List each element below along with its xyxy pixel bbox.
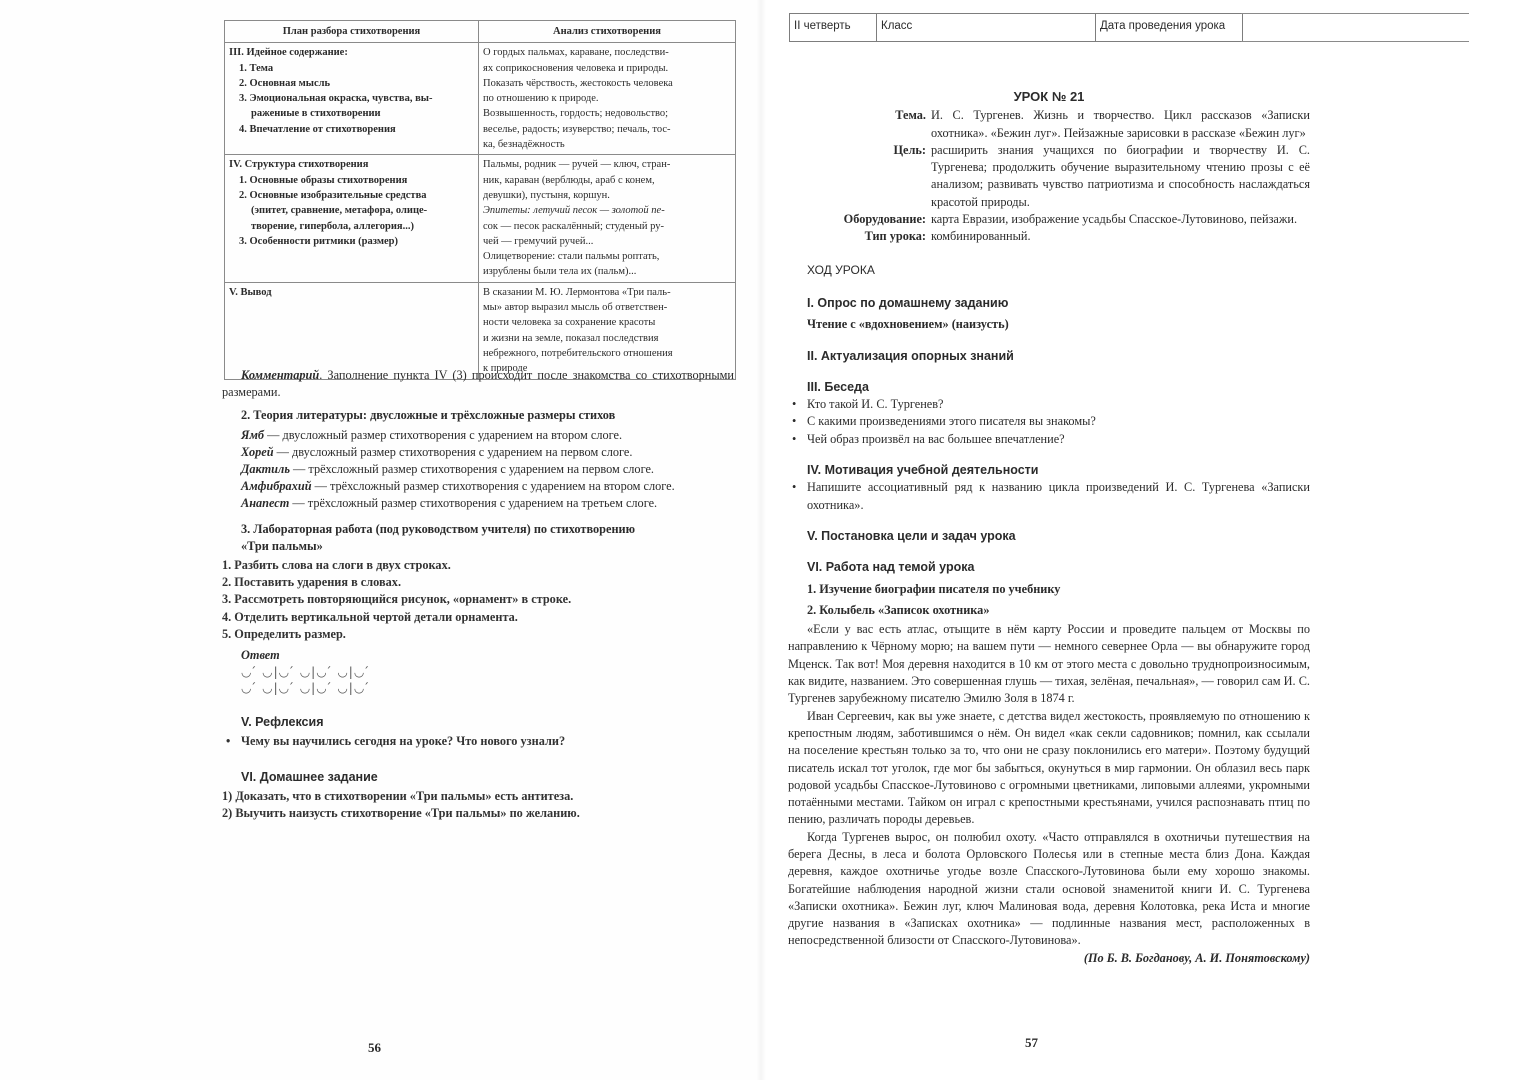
definition: Анапест — трёхсложный размер стихотворен… <box>222 495 734 512</box>
comment-label: Комментарий <box>241 368 319 382</box>
meta-topic: Тема. И. С. Тургенев. Жизнь и творчество… <box>788 107 1310 142</box>
definition: Дактиль — трёхсложный размер стихотворен… <box>222 461 734 478</box>
lab-step: 2. Поставить ударения в словах. <box>222 574 734 591</box>
motivation-bullet: Напишите ассоциативный ряд к названию ци… <box>788 479 1310 514</box>
analysis-line: небрежного, потребительского отношения <box>483 346 731 361</box>
analysis-line: девушки), пустыня, коршун. <box>483 188 731 203</box>
class-cell: Класс <box>877 14 1096 41</box>
meta-value: расширить знания учащихся по биографии и… <box>931 142 1310 211</box>
meta-label: Цель: <box>788 142 931 211</box>
meta-goal: Цель: расширить знания учащихся по биогр… <box>788 142 1310 211</box>
page-number-left: 56 <box>368 1040 381 1056</box>
analysis-line: Олицетворение: стали пальмы роптать, <box>483 249 731 264</box>
analysis-line: сок — песок раскалённый; студеный ру- <box>483 219 731 234</box>
lesson-header-bar: II четверть Класс Дата проведения урока <box>789 13 1243 42</box>
table-row: IV. Структура стихотворения 1. Основные … <box>225 155 736 282</box>
definition: Амфибрахий — трёхсложный размер стихотво… <box>222 478 734 495</box>
plan-item: 4. Впечатление от стихотворения <box>229 122 474 137</box>
analysis-line: В сказании М. Ю. Лермонтова «Три паль- <box>483 285 731 300</box>
lab-step: 3. Рассмотреть повторяющийся рисунок, «о… <box>222 591 734 608</box>
left-page-body: Комментарий. Заполнение пункта IV (3) пр… <box>222 367 734 822</box>
meta-value: карта Евразии, изображение усадьбы Спасс… <box>931 211 1310 228</box>
discussion-bullet: С какими произведениями этого писателя в… <box>788 413 1310 430</box>
plan-item: 2. Основная мысль <box>229 76 474 91</box>
meter-scheme-line: ◡ ́ ◡|◡ ́ ◡|◡ ́ ◡|◡ ́ <box>241 664 734 680</box>
lab-step: 4. Отделить вертикальной чертой детали о… <box>222 609 734 626</box>
lesson-title: УРОК № 21 <box>788 88 1310 105</box>
theory-heading: 2. Теория литературы: двусложные и трёхс… <box>241 407 734 424</box>
meta-label: Оборудование: <box>788 211 931 228</box>
row-title: V. Вывод <box>229 285 474 300</box>
lab-heading-line: «Три пальмы» <box>241 538 734 555</box>
plan-item: 1. Основные образы стихотворения <box>229 173 474 188</box>
analysis-line: веселье, радость; изуверство; печаль, то… <box>483 122 731 137</box>
book-spine <box>756 0 766 1080</box>
section-heading: VI. Работа над темой урока <box>807 559 1310 576</box>
term-definition: — трёхсложный размер стихотворения с уда… <box>290 462 654 476</box>
plan-item: 3. Особенности ритмики (размер) <box>229 234 474 249</box>
right-page-body: УРОК № 21 Тема. И. С. Тургенев. Жизнь и … <box>788 88 1310 967</box>
analysis-line: ник, караван (верблюды, араб с конем, <box>483 173 731 188</box>
body-paragraph: Иван Сергеевич, как вы уже знаете, с дет… <box>788 708 1310 829</box>
analysis-line: чей — гремучий ручей... <box>483 234 731 249</box>
analysis-line: ности человека за сохранение красоты <box>483 315 731 330</box>
table-header-analysis: Анализ стихотворения <box>479 21 736 43</box>
definition: Ямб — двусложный размер стихотворения с … <box>222 427 734 444</box>
analysis-line: ях соприкосновения человека и природы. <box>483 61 731 76</box>
plan-item: 1. Тема <box>229 61 474 76</box>
term-definition: — двусложный размер стихотворения с удар… <box>264 428 622 442</box>
plan-item: творение, гипербола, аллегория...) <box>229 219 474 234</box>
meta-value: комбинированный. <box>931 228 1310 245</box>
term: Ямб <box>241 428 264 442</box>
body-paragraph: Когда Тургенев вырос, он полюбил охоту. … <box>788 829 1310 950</box>
homework-item: 1) Доказать, что в стихотворении «Три па… <box>222 788 734 805</box>
section-subheading: Чтение с «вдохновением» (наизусть) <box>807 316 1310 333</box>
lab-steps: 1. Разбить слова на слоги в двух строках… <box>222 557 734 643</box>
definition: Хорей — двусложный размер стихотворения … <box>222 444 734 461</box>
comment-paragraph: Комментарий. Заполнение пункта IV (3) пр… <box>222 367 734 401</box>
body-paragraph: «Если у вас есть атлас, отыщите в нём ка… <box>788 621 1310 707</box>
meter-scheme-line: ◡ ́ ◡|◡ ́ ◡|◡ ́ ◡|◡ ́ <box>241 680 734 696</box>
analysis-line: Эпитеты: летучий песок — золотой пе- <box>483 203 731 218</box>
homework-heading: VI. Домашнее задание <box>241 769 734 786</box>
analysis-line: изрублены были тела их (пальм)... <box>483 264 731 279</box>
quarter-cell: II четверть <box>790 14 877 41</box>
course-heading: ХОД УРОКА <box>807 262 1310 279</box>
row-title: IV. Структура стихотворения <box>229 157 474 172</box>
analysis-line: Возвышенность, гордость; недовольство; <box>483 106 731 121</box>
row-title: III. Идейное содержание: <box>229 45 474 60</box>
plan-item: 2. Основные изобразительные средства <box>229 188 474 203</box>
section-heading: III. Беседа <box>807 379 1310 396</box>
reflection-bullet: Чему вы научились сегодня на уроке? Что … <box>222 733 734 750</box>
section-subheading: 2. Колыбель «Записок охотника» <box>807 602 1310 619</box>
analysis-line: Показать чёрствость, жестокость человека <box>483 76 731 91</box>
page-number-right: 57 <box>1025 1035 1038 1051</box>
lab-step: 1. Разбить слова на слоги в двух строках… <box>222 557 734 574</box>
plan-item: ражениые в стихотворении <box>229 106 474 121</box>
section-heading: IV. Мотивация учебной деятельности <box>807 462 1310 479</box>
poem-analysis-table: План разбора стихотворения Анализ стихот… <box>224 20 736 380</box>
discussion-bullet: Кто такой И. С. Тургенев? <box>788 396 1310 413</box>
term: Дактиль <box>241 462 290 476</box>
header-bar-extension <box>1241 13 1469 42</box>
plan-item: (эпитет, сравнение, метафора, олице- <box>229 203 474 218</box>
analysis-line: и жизни на земле, показал последствия <box>483 331 731 346</box>
term-definition: — двусложный размер стихотворения с удар… <box>274 445 633 459</box>
meta-label: Тип урока: <box>788 228 931 245</box>
meta-value: И. С. Тургенев. Жизнь и творчество. Цикл… <box>931 107 1310 142</box>
table-row: III. Идейное содержание: 1. Тема 2. Осно… <box>225 43 736 155</box>
homework-item: 2) Выучить наизусть стихотворение «Три п… <box>222 805 734 822</box>
term: Амфибрахий <box>241 479 312 493</box>
source-attribution: (По Б. В. Богданову, А. И. Понятовскому) <box>788 950 1310 967</box>
table-header-plan: План разбора стихотворения <box>225 21 479 43</box>
discussion-bullet: Чей образ произвёл на вас большее впечат… <box>788 431 1310 448</box>
term: Анапест <box>241 496 289 510</box>
lab-heading-line: 3. Лабораторная работа (под руководством… <box>241 521 734 538</box>
section-subheading: 1. Изучение биографии писателя по учебни… <box>807 581 1310 598</box>
plan-item: 3. Эмоциональная окраска, чувства, вы- <box>229 91 474 106</box>
meta-label: Тема. <box>788 107 931 142</box>
lab-step: 5. Определить размер. <box>222 626 734 643</box>
table-row: V. Вывод В сказании М. Ю. Лермонтова «Тр… <box>225 282 736 379</box>
lab-heading: 3. Лабораторная работа (под руководством… <box>241 521 734 555</box>
analysis-line: О гордых пальмах, караване, последстви- <box>483 45 731 60</box>
analysis-line: мы» автор выразил мысль об ответствен- <box>483 300 731 315</box>
answer-label: Ответ <box>241 647 734 664</box>
section-heading: II. Актуализация опорных знаний <box>807 348 1310 365</box>
section-heading: I. Опрос по домашнему заданию <box>807 295 1310 312</box>
reflection-heading: V. Рефлексия <box>241 714 734 731</box>
analysis-line: Пальмы, родник — ручей — ключ, стран- <box>483 157 731 172</box>
term-definition: — трёхсложный размер стихотворения с уда… <box>289 496 657 510</box>
meta-lesson-type: Тип урока: комбинированный. <box>788 228 1310 245</box>
meta-equipment: Оборудование: карта Евразии, изображение… <box>788 211 1310 228</box>
analysis-line: ка, безнадёжность <box>483 137 731 152</box>
term: Хорей <box>241 445 274 459</box>
term-definition: — трёхсложный размер стихотворения с уда… <box>312 479 675 493</box>
date-cell: Дата проведения урока <box>1096 14 1242 41</box>
section-heading: V. Постановка цели и задач урока <box>807 528 1310 545</box>
analysis-line: по отношению к природе. <box>483 91 731 106</box>
